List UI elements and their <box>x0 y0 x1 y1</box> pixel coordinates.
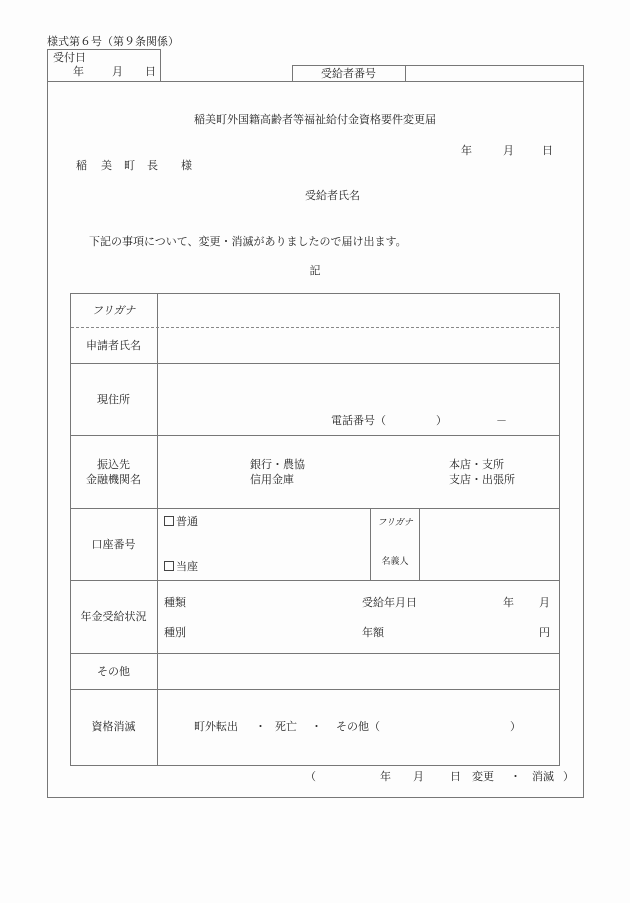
pension-start-year-label: 年 <box>503 597 514 608</box>
other-label: その他 <box>70 666 157 677</box>
receipt-year-label: 年 <box>73 66 84 77</box>
form-number: 様式第６号（第９条関係） <box>47 36 179 47</box>
footer-year-field[interactable] <box>320 768 375 784</box>
address-field[interactable] <box>159 365 558 410</box>
footer-open-paren: （ <box>305 771 316 782</box>
addressee-char-4: 長 <box>147 160 158 171</box>
row-divider <box>71 363 559 364</box>
phone-number-field[interactable] <box>510 412 555 428</box>
addressee-char-1: 稲 <box>76 160 87 171</box>
addressee-honorific: 様 <box>181 160 192 171</box>
address-label: 現住所 <box>70 394 157 405</box>
footer-dot: ・ <box>510 771 521 782</box>
phone-exchange-field[interactable] <box>448 412 493 428</box>
loss-option-death[interactable]: 死亡 <box>275 721 297 732</box>
row-divider <box>71 689 559 690</box>
footer-close-paren: ） <box>563 771 574 782</box>
account-divider-2 <box>419 508 420 580</box>
receipt-date-label: 受付日 <box>53 52 86 63</box>
phone-dash: － <box>496 415 507 426</box>
footer-day-label: 日 <box>450 771 461 782</box>
applicant-name-field[interactable] <box>159 329 558 362</box>
current-label: 当座 <box>176 560 198 573</box>
loss-other-field[interactable] <box>385 717 505 735</box>
holder-furigana-label: フリガナ <box>371 519 419 528</box>
footer-day-field[interactable] <box>426 768 444 784</box>
footer-month-label: 月 <box>413 771 424 782</box>
row-divider <box>71 653 559 654</box>
phone-close-paren: ） <box>436 415 447 426</box>
loss-label: 資格消滅 <box>70 721 157 732</box>
bank-name-field[interactable] <box>160 455 248 485</box>
date-month-label: 月 <box>503 145 514 156</box>
furigana-label: フリガナ <box>70 305 157 316</box>
pension-category-label: 種別 <box>164 627 186 638</box>
account-type-current[interactable]: 当座 <box>164 561 198 572</box>
row-divider <box>71 508 559 509</box>
addressee-char-3: 町 <box>124 160 135 171</box>
pension-type-field[interactable] <box>190 593 355 611</box>
account-number-label: 口座番号 <box>70 539 157 550</box>
phone-label: 電話番号（ <box>331 415 386 426</box>
applicant-name-label: 申請者氏名 <box>70 340 157 351</box>
account-number-field[interactable] <box>215 532 365 552</box>
pension-annual-field[interactable] <box>390 623 535 641</box>
furigana-field[interactable] <box>159 295 558 326</box>
recipient-number-divider <box>405 65 406 81</box>
holder-name-field[interactable] <box>421 545 558 578</box>
loss-close-paren: ） <box>510 721 521 732</box>
date-day-label: 日 <box>542 145 553 156</box>
bank-type-line2: 信用金庫 <box>250 474 294 485</box>
footer-loss-option[interactable]: 消滅 <box>532 771 554 782</box>
loss-dot-1: ・ <box>255 721 266 732</box>
loss-option-other[interactable]: その他（ <box>336 721 380 732</box>
pension-annual-label: 年額 <box>362 627 384 638</box>
pension-start-label: 受給年月日 <box>362 597 417 608</box>
furigana-dashed-divider <box>71 327 559 328</box>
branch-name-field[interactable] <box>330 455 445 485</box>
pension-yen-label: 円 <box>539 627 550 638</box>
pension-start-month-field[interactable] <box>516 593 536 611</box>
row-divider <box>71 435 559 436</box>
addressee-char-2: 美 <box>101 160 112 171</box>
ki-heading: 記 <box>47 265 583 276</box>
phone-area-code-field[interactable] <box>395 412 435 428</box>
ordinary-label: 普通 <box>176 515 198 528</box>
loss-option-moved[interactable]: 町外転出 <box>194 721 238 732</box>
pension-start-month-label: 月 <box>539 597 550 608</box>
intro-text: 下記の事項について、変更・消滅がありましたので届け出ます。 <box>89 236 407 247</box>
receipt-month-label: 月 <box>112 66 123 77</box>
bank-label-line2: 金融機関名 <box>70 474 157 485</box>
bank-type-line1: 銀行・農協 <box>250 459 305 470</box>
pension-start-year-field[interactable] <box>425 593 500 611</box>
date-year-label: 年 <box>461 145 472 156</box>
ordinary-checkbox[interactable] <box>164 516 174 526</box>
pension-type-label: 種類 <box>164 597 186 608</box>
pension-status-label: 年金受給状況 <box>70 611 157 622</box>
holder-furigana-field[interactable] <box>421 510 558 540</box>
footer-year-label: 年 <box>380 771 391 782</box>
row-divider <box>71 580 559 581</box>
recipient-name-label: 受給者氏名 <box>305 190 360 201</box>
recipient-number-field[interactable] <box>407 66 582 81</box>
recipient-name-field[interactable] <box>370 186 570 204</box>
receipt-day-label: 日 <box>145 66 156 77</box>
branch-type-line2: 支店・出張所 <box>449 474 515 485</box>
footer-change-option[interactable]: 変更 <box>472 771 494 782</box>
branch-type-line1: 本店・支所 <box>449 459 504 470</box>
recipient-number-label: 受給者番号 <box>292 68 405 79</box>
bank-label-line1: 振込先 <box>70 459 157 470</box>
footer-month-field[interactable] <box>393 768 411 784</box>
pension-category-field[interactable] <box>190 623 355 641</box>
current-checkbox[interactable] <box>164 561 174 571</box>
account-type-ordinary[interactable]: 普通 <box>164 516 198 527</box>
holder-name-label: 名義人 <box>371 558 419 567</box>
form-title: 稲美町外国籍高齢者等福祉給付金資格要件変更届 <box>47 114 583 125</box>
loss-dot-2: ・ <box>311 721 322 732</box>
other-field[interactable] <box>159 655 558 688</box>
